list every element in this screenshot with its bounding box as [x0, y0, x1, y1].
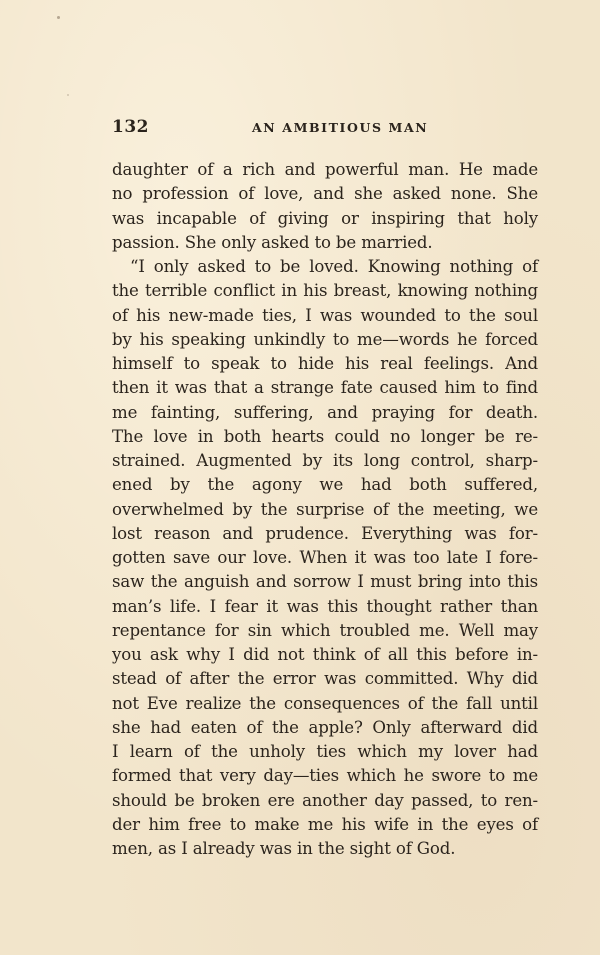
text-line: himself to speak to hide his real feelin… — [112, 352, 538, 376]
text-line: she had eaten of the apple? Only afterwa… — [112, 716, 538, 740]
text-line: stead of after the error was committed. … — [112, 667, 538, 691]
text-line: daughter of a rich and powerful man. He … — [112, 158, 538, 182]
text-line: saw the anguish and sorrow I must bring … — [112, 570, 538, 594]
text-line: lost reason and prudence. Everything was… — [112, 522, 538, 546]
text-line: gotten save our love. When it was too la… — [112, 546, 538, 570]
text-line: passion. She only asked to be married. — [112, 231, 538, 255]
text-line: the terrible conflict in his breast, kno… — [112, 279, 538, 303]
text-line: The love in both hearts could no longer … — [112, 425, 538, 449]
text-line: formed that very day—ties which he swore… — [112, 764, 538, 788]
text-line: ened by the agony we had both suffered, — [112, 473, 538, 497]
running-title: AN AMBITIOUS MAN — [252, 120, 428, 135]
text-line: overwhelmed by the surprise of the meeti… — [112, 498, 538, 522]
paper-speck — [57, 16, 60, 19]
text-line: no profession of love, and she asked non… — [112, 182, 538, 206]
running-head: 132 AN AMBITIOUS MAN — [112, 117, 538, 139]
text-line: man’s life. I fear it was this thought r… — [112, 595, 538, 619]
page-number: 132 — [112, 117, 149, 137]
body-text: daughter of a rich and powerful man. He … — [112, 158, 538, 861]
scanned-book-page: 132 AN AMBITIOUS MAN daughter of a rich … — [0, 0, 600, 955]
text-line: by his speaking unkindly to me—words he … — [112, 328, 538, 352]
text-line: then it was that a strange fate caused h… — [112, 376, 538, 400]
text-line: der him free to make me his wife in the … — [112, 813, 538, 837]
text-line: I learn of the unholy ties which my love… — [112, 740, 538, 764]
paper-speck — [67, 94, 69, 96]
text-line: not Eve realize the consequences of the … — [112, 692, 538, 716]
text-line: repentance for sin which troubled me. We… — [112, 619, 538, 643]
text-line: was incapable of giving or inspiring tha… — [112, 207, 538, 231]
text-line: of his new-made ties, I was wounded to t… — [112, 304, 538, 328]
text-line: “I only asked to be loved. Knowing nothi… — [112, 255, 538, 279]
text-line: strained. Augmented by its long control,… — [112, 449, 538, 473]
text-line: men, as I already was in the sight of Go… — [112, 837, 538, 861]
text-line: you ask why I did not think of all this … — [112, 643, 538, 667]
text-line: me fainting, suffering, and praying for … — [112, 401, 538, 425]
text-line: should be broken ere another day passed,… — [112, 789, 538, 813]
